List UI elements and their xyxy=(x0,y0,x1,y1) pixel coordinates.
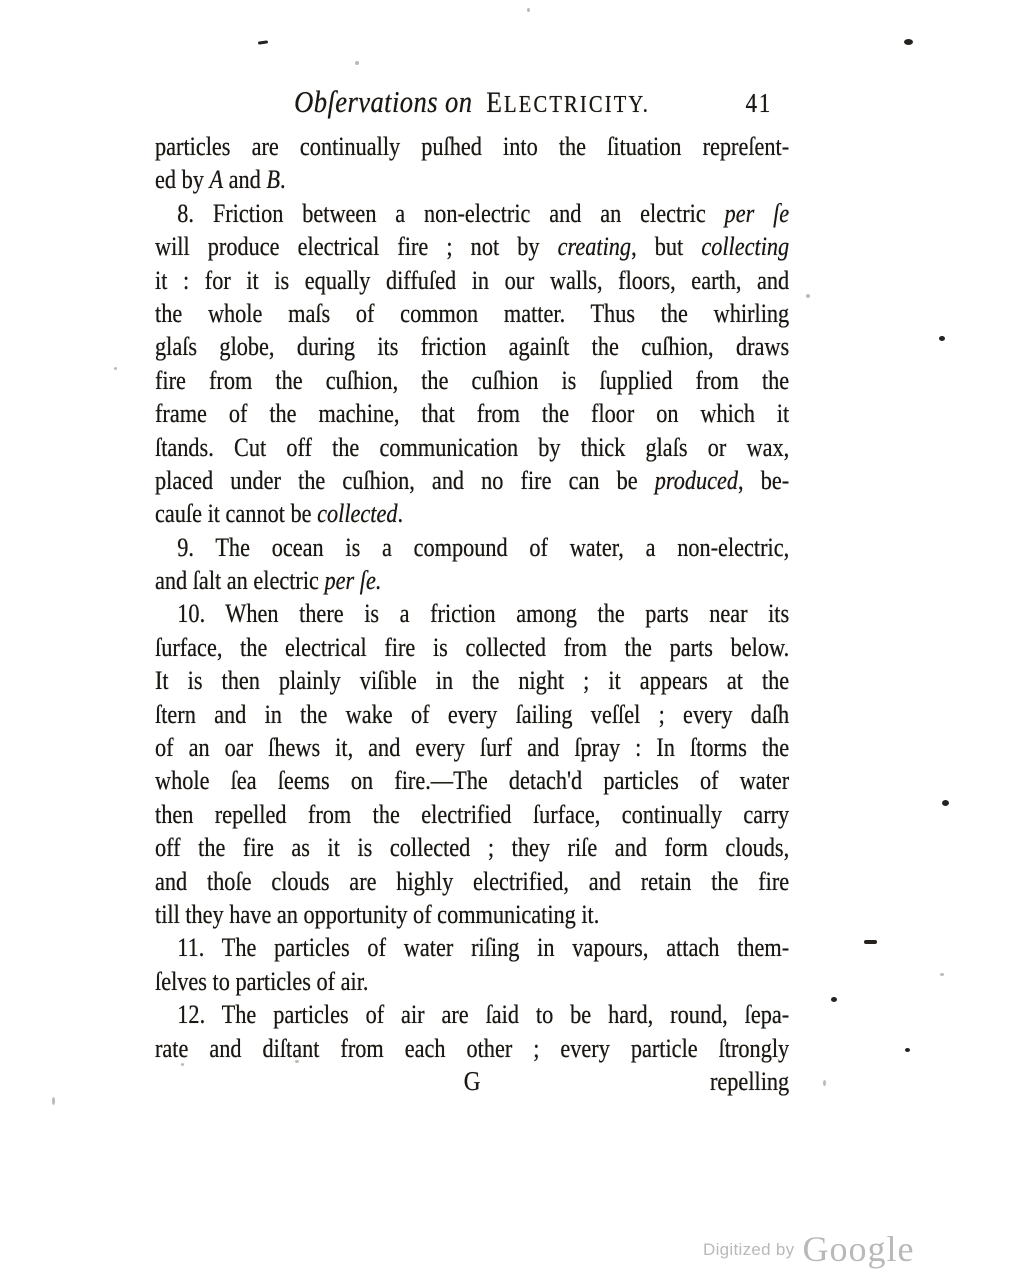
scan-speck xyxy=(114,367,117,370)
text-segment: placed under the cuſhion, and no fire ca… xyxy=(155,466,655,495)
text-segment: the whole maſs of common matter. Thus th… xyxy=(155,299,789,328)
text-segment: frame of the machine, that from the floo… xyxy=(155,399,789,428)
text-segment: fire from the cuſhion, the cuſhion is ſu… xyxy=(155,366,789,395)
italic-text: per ſe xyxy=(725,199,790,228)
text-segment: cauſe it cannot be xyxy=(155,499,317,528)
text-line: frame of the machine, that from the floo… xyxy=(155,397,789,430)
text-line: ed by A and B. xyxy=(155,163,789,196)
text-segment: and thoſe clouds are highly electrified,… xyxy=(155,867,789,896)
text-segment: . xyxy=(280,165,286,194)
text-segment: It is then plainly viſible in the night … xyxy=(155,666,789,695)
scan-speck xyxy=(940,973,944,976)
italic-text: B xyxy=(266,165,280,194)
scan-speck xyxy=(295,1060,299,1063)
body-text: particles are continually puſhed into th… xyxy=(155,130,789,1065)
text-segment: , but xyxy=(631,232,701,261)
text-segment: will produce electrical fire ; not by xyxy=(155,232,558,261)
italic-text: produced xyxy=(655,466,738,495)
text-segment: of an oar ſhews it, and every ſurf and ſ… xyxy=(155,733,789,762)
text-line: then repelled from the electrified ſurfa… xyxy=(155,798,789,831)
text-segment: whole ſea ſeems on fire.—The detach'd pa… xyxy=(155,766,789,795)
text-line: it : for it is equally diffuſed in our w… xyxy=(155,264,789,297)
text-segment: glaſs globe, during its friction againſt… xyxy=(155,332,789,361)
scan-speck xyxy=(831,997,837,1002)
text-column: particles are continually puſhed into th… xyxy=(155,130,789,1098)
italic-text: per ſe. xyxy=(324,566,381,595)
text-segment: ſelves to particles of air. xyxy=(155,967,368,996)
text-segment: 10. When there is a friction among the p… xyxy=(177,599,789,628)
text-line: ſelves to particles of air. xyxy=(155,965,789,998)
scan-speck xyxy=(904,39,913,45)
scan-speck xyxy=(527,8,530,12)
signature-mark: G xyxy=(464,1065,481,1098)
scan-speck xyxy=(806,294,810,298)
text-segment: till they have an opportunity of communi… xyxy=(155,900,599,929)
text-segment: 12. The particles of air are ſaid to be … xyxy=(177,1000,789,1029)
text-segment: ſtern and in the wake of every ſailing v… xyxy=(155,700,789,729)
text-line: glaſs globe, during its friction againſt… xyxy=(155,330,789,363)
text-line: cauſe it cannot be collected. xyxy=(155,497,789,530)
scan-speck xyxy=(181,1063,184,1066)
google-logo: Google xyxy=(802,1229,914,1269)
italic-text: A xyxy=(209,165,223,194)
text-segment: , be- xyxy=(738,466,789,495)
text-line: placed under the cuſhion, and no fire ca… xyxy=(155,464,789,497)
catchword: repelling xyxy=(710,1065,789,1098)
text-segment: and ſalt an electric xyxy=(155,566,324,595)
signature-line: G repelling xyxy=(155,1065,789,1098)
text-line: till they have an opportunity of communi… xyxy=(155,898,789,931)
text-segment: off the fire as it is collected ; they r… xyxy=(155,833,789,862)
text-line: rate and diſtant from each other ; every… xyxy=(155,1032,789,1065)
text-segment: and xyxy=(223,165,266,194)
text-line: whole ſea ſeems on fire.—The detach'd pa… xyxy=(155,764,789,797)
text-line: ſurface, the electrical fire is collecte… xyxy=(155,631,789,664)
text-segment: it : for it is equally diffuſed in our w… xyxy=(155,266,789,295)
text-line: 12. The particles of air are ſaid to be … xyxy=(155,998,789,1031)
text-line: 10. When there is a friction among the p… xyxy=(155,597,789,630)
scan-speck xyxy=(823,1080,826,1086)
scan-speck xyxy=(942,800,949,806)
text-line: It is then plainly viſible in the night … xyxy=(155,664,789,697)
running-head: Obſervations on ELECTRICITY. xyxy=(155,84,789,120)
header-title-caps: ELECTRICITY. xyxy=(486,86,650,120)
page-header: Obſervations on ELECTRICITY. 41 xyxy=(155,84,789,128)
text-line: ſtern and in the wake of every ſailing v… xyxy=(155,698,789,731)
header-title-italic: Obſervations on xyxy=(294,84,472,119)
page-number: 41 xyxy=(745,88,772,119)
italic-text: collected xyxy=(317,499,397,528)
text-line: off the fire as it is collected ; they r… xyxy=(155,831,789,864)
text-line: of an oar ſhews it, and every ſurf and ſ… xyxy=(155,731,789,764)
italic-text: collecting xyxy=(701,232,789,261)
text-segment: ſurface, the electrical fire is collecte… xyxy=(155,633,789,662)
text-line: 8. Friction between a non-electric and a… xyxy=(155,197,789,230)
watermark: Digitized byGoogle xyxy=(703,1228,914,1270)
scan-speck xyxy=(905,1048,910,1052)
book-page-scan: Obſervations on ELECTRICITY. 41 particle… xyxy=(0,0,1014,1282)
text-line: particles are continually puſhed into th… xyxy=(155,130,789,163)
scan-speck xyxy=(939,336,945,341)
text-line: will produce electrical fire ; not by cr… xyxy=(155,230,789,263)
text-line: 11. The particles of water riſing in vap… xyxy=(155,931,789,964)
text-segment: rate and diſtant from each other ; every… xyxy=(155,1034,789,1063)
text-segment: 8. Friction between a non-electric and a… xyxy=(177,199,724,228)
scan-speck xyxy=(52,1097,55,1105)
scan-speck xyxy=(258,40,268,44)
text-line: and ſalt an electric per ſe. xyxy=(155,564,789,597)
text-segment: 9. The ocean is a compound of water, a n… xyxy=(177,533,789,562)
text-line: 9. The ocean is a compound of water, a n… xyxy=(155,531,789,564)
text-line: ſtands. Cut off the communication by thi… xyxy=(155,431,789,464)
text-line: and thoſe clouds are highly electrified,… xyxy=(155,865,789,898)
scan-speck xyxy=(864,940,877,944)
text-line: the whole maſs of common matter. Thus th… xyxy=(155,297,789,330)
italic-text: creating xyxy=(558,232,631,261)
text-segment: . xyxy=(398,499,404,528)
watermark-text: Digitized by xyxy=(703,1240,794,1259)
text-line: fire from the cuſhion, the cuſhion is ſu… xyxy=(155,364,789,397)
text-segment: 11. The particles of water riſing in vap… xyxy=(177,933,789,962)
text-segment: ed by xyxy=(155,165,209,194)
scan-speck xyxy=(355,61,359,65)
text-segment: particles are continually puſhed into th… xyxy=(155,132,789,161)
text-segment: then repelled from the electrified ſurfa… xyxy=(155,800,789,829)
text-segment: ſtands. Cut off the communication by thi… xyxy=(155,433,789,462)
